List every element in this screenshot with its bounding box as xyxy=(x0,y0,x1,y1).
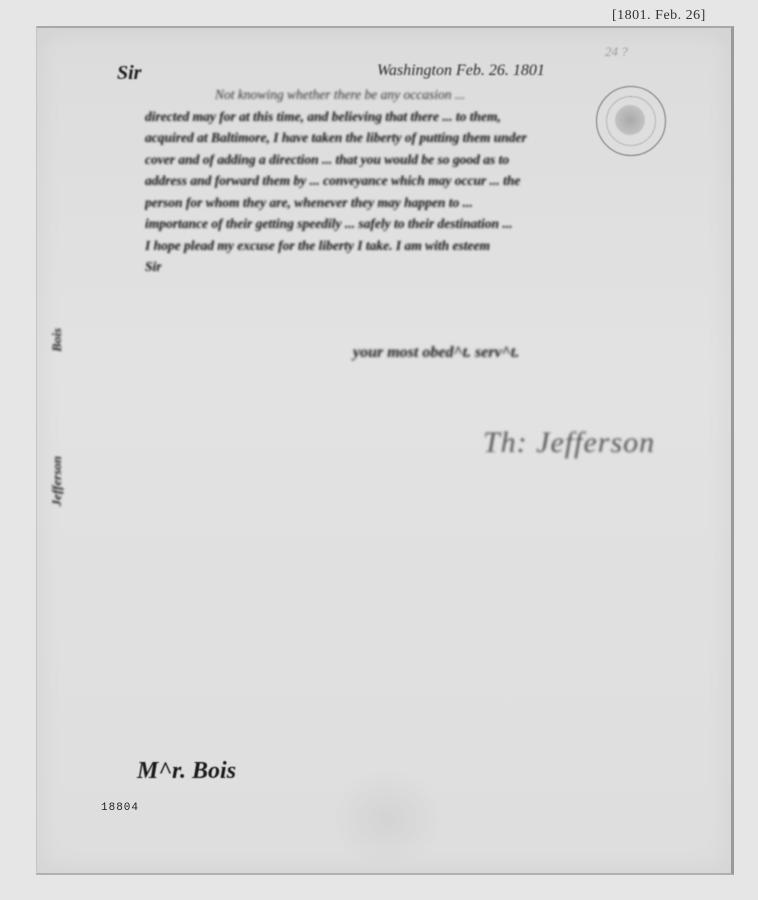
margin-note: Bois xyxy=(49,328,65,352)
body-line: acquired at Baltimore, I have taken the … xyxy=(145,127,705,149)
letter-body: Not knowing whether there be any occasio… xyxy=(145,84,705,278)
letter-page: 24 ? Sir Washington Feb. 26. 1801 Not kn… xyxy=(36,26,734,875)
dateline: Washington Feb. 26. 1801 xyxy=(377,62,545,80)
closing: your most obed^t. serv^t. xyxy=(353,344,519,362)
body-line: cover and of adding a direction ... that… xyxy=(145,149,705,171)
salutation: Sir xyxy=(117,62,141,85)
body-line: address and forward them by ... conveyan… xyxy=(145,170,705,192)
paper-stain xyxy=(327,768,447,868)
body-line: Sir xyxy=(145,256,705,278)
addressee: M^r. Bois xyxy=(137,758,236,785)
pencil-annotation: 24 ? xyxy=(605,44,628,60)
signature: Th: Jefferson xyxy=(483,426,655,460)
body-line: importance of their getting speedily ...… xyxy=(145,213,705,235)
body-line: directed may for at this time, and belie… xyxy=(145,106,705,128)
body-line: Not knowing whether there be any occasio… xyxy=(145,84,705,106)
body-line: I hope plead my excuse for the liberty I… xyxy=(145,235,705,257)
margin-note: Jefferson xyxy=(49,456,65,506)
document-number: 18804 xyxy=(101,802,139,814)
body-line: person for whom they are, whenever they … xyxy=(145,192,705,214)
archive-date-label: [1801. Feb. 26] xyxy=(612,8,706,24)
